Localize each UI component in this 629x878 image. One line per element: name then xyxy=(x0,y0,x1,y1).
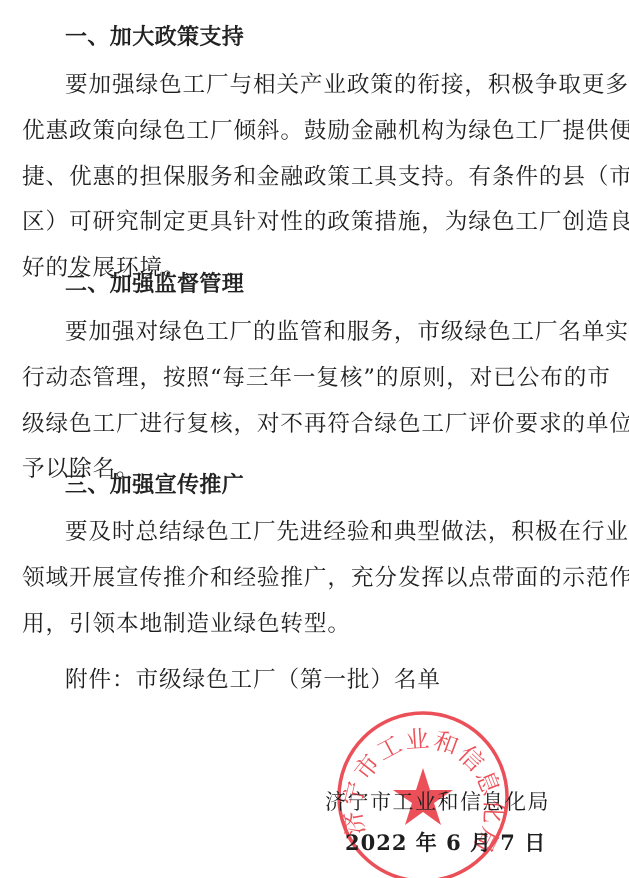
issuing-organization: 济宁市工业和信息化局 xyxy=(325,786,550,816)
paragraph-line: 区）可研究制定更具针对性的政策措施，为绿色工厂创造良 xyxy=(22,208,582,236)
paragraph-line: 领域开展宣传推介和经验推广，充分发挥以点带面的示范作 xyxy=(22,564,582,592)
paragraph-line: 行动态管理，按照“每三年一复核”的原则，对已公布的市 xyxy=(22,364,582,392)
section-heading: 三、加强宣传推广 xyxy=(65,472,582,500)
section-heading: 一、加大政策支持 xyxy=(65,24,582,52)
attachment-note: 附件：市级绿色工厂（第一批）名单 xyxy=(65,666,582,694)
issue-date: 2022 年 6 月 7 日 xyxy=(345,827,546,857)
paragraph-line: 用，引领本地制造业绿色转型。 xyxy=(22,610,582,638)
paragraph-line: 要加强对绿色工厂的监管和服务，市级绿色工厂名单实 xyxy=(65,318,582,346)
paragraph-line: 级绿色工厂进行复核，对不再符合绿色工厂评价要求的单位 xyxy=(22,410,582,438)
paragraph-line: 捷、优惠的担保服务和金融政策工具支持。有条件的县（市、 xyxy=(22,163,582,191)
paragraph-line: 要及时总结绿色工厂先进经验和典型做法，积极在行业 xyxy=(65,518,582,546)
section-heading: 二、加强监督管理 xyxy=(65,271,582,299)
paragraph-line: 要加强绿色工厂与相关产业政策的衔接，积极争取更多 xyxy=(65,71,582,99)
paragraph-line: 优惠政策向绿色工厂倾斜。鼓励金融机构为绿色工厂提供便 xyxy=(22,117,582,145)
